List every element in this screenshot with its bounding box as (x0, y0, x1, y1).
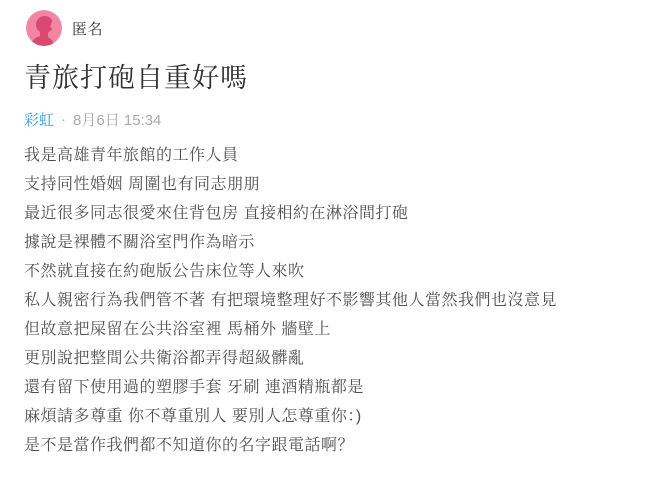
post-body: 我是高雄青年旅館的工作人員支持同性婚姻 周圍也有同志朋朋最近很多同志很愛來住背包… (24, 141, 644, 460)
post-body-line: 最近很多同志很愛來住背包房 直接相約在淋浴間打砲 (24, 199, 644, 228)
post-body-line: 是不是當作我們都不知道你的名字跟電話啊？ (24, 431, 644, 460)
post-body-line: 私人親密行為我們管不著 有把環境整理好不影響其他人當然我們也沒意見 (24, 286, 644, 315)
post-timestamp: 8月6日 15:34 (73, 109, 161, 130)
post-header: 匿名 (26, 10, 103, 46)
post-body-line: 但故意把屎留在公共浴室裡 馬桶外 牆壁上 (24, 315, 644, 344)
post-body-line: 支持同性婚姻 周圍也有同志朋朋 (24, 170, 644, 199)
post-page: 匿名 青旅打砲自重好嗎 彩虹 · 8月6日 15:34 我是高雄青年旅館的工作人… (0, 0, 656, 479)
post-meta: 彩虹 · 8月6日 15:34 (24, 109, 161, 130)
post-body-line: 麻煩請多尊重 你不尊重別人 要別人怎尊重你：) (24, 402, 644, 431)
post-body-line: 不然就直接在約砲版公告床位等人來吹 (24, 257, 644, 286)
author-label: 匿名 (72, 18, 103, 39)
meta-separator: · (61, 111, 66, 128)
post-body-line: 還有留下使用過的塑膠手套 牙刷 連酒精瓶都是 (24, 373, 644, 402)
board-link[interactable]: 彩虹 (24, 109, 54, 130)
post-title: 青旅打砲自重好嗎 (24, 56, 248, 95)
anonymous-avatar-icon (26, 10, 62, 46)
post-body-line: 更別說把整間公共衛浴都弄得超級髒亂 (24, 344, 644, 373)
post-body-line: 據說是裸體不關浴室門作為暗示 (24, 228, 644, 257)
post-body-line: 我是高雄青年旅館的工作人員 (24, 141, 644, 170)
